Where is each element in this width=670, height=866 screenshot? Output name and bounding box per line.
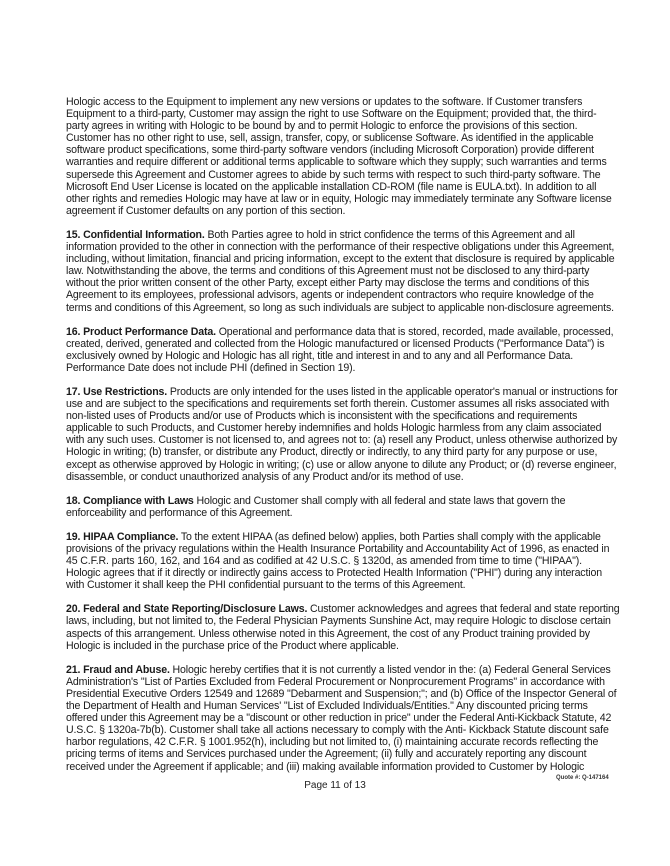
text-line: Agreement to its employees, professional… xyxy=(66,289,670,301)
text-line: warranties and require different or addi… xyxy=(66,156,670,168)
page-number: Page 11 of 13 xyxy=(0,780,670,791)
section-heading: 15. Confidential Information. xyxy=(66,229,205,241)
text-line: party agrees in writing with Hologic to … xyxy=(66,120,670,132)
text-line: law. Notwithstanding the above, the term… xyxy=(66,265,670,277)
text-line: disassemble, or conduct unauthorized ana… xyxy=(66,471,670,483)
section-heading: 20. Federal and State Reporting/Disclosu… xyxy=(66,603,307,615)
text-line: 20. Federal and State Reporting/Disclosu… xyxy=(66,603,670,615)
text-line: U.S.C. § 1320a-7b(b). Customer shall tak… xyxy=(66,724,670,736)
text-line: including, without limitation, financial… xyxy=(66,253,670,265)
text-line: 19. HIPAA Compliance. To the extent HIPA… xyxy=(66,531,670,543)
text-line: Hologic is included in the purchase pric… xyxy=(66,640,670,652)
text-line: created, derived, generated and collecte… xyxy=(66,338,670,350)
text-line: the Department of Health and Human Servi… xyxy=(66,700,670,712)
section-19-hipaa-compliance: 19. HIPAA Compliance. To the extent HIPA… xyxy=(66,531,670,591)
text-line: pricing terms of items and Services purc… xyxy=(66,748,670,760)
section-17-use-restrictions: 17. Use Restrictions. Products are only … xyxy=(66,386,670,483)
text-line: provisions of the privacy regulations wi… xyxy=(66,543,670,555)
text-line: laws, including, but not limited to, the… xyxy=(66,615,670,627)
text-line: applicable to such Products, and Custome… xyxy=(66,422,670,434)
text-line: information provided to the other in con… xyxy=(66,241,670,253)
text-line: 21. Fraud and Abuse. Hologic hereby cert… xyxy=(66,664,670,676)
text-line: Hologic access to the Equipment to imple… xyxy=(66,96,670,108)
text-line: Performance Date does not include PHI (d… xyxy=(66,362,670,374)
document-page: Hologic access to the Equipment to imple… xyxy=(0,0,670,866)
text-line: without the prior written consent of the… xyxy=(66,277,670,289)
text-line: offered under this Agreement may be a "d… xyxy=(66,712,670,724)
section-15-confidential-information: 15. Confidential Information. Both Parti… xyxy=(66,229,670,314)
text-line: use and are subject to the specification… xyxy=(66,398,670,410)
section-heading: 17. Use Restrictions. xyxy=(66,386,167,398)
text-run: Both Parties agree to hold in strict con… xyxy=(205,229,575,241)
text-line: Hologic agrees that if it directly or in… xyxy=(66,567,670,579)
text-line: exclusively owned by Hologic and Hologic… xyxy=(66,350,670,362)
text-run: Customer acknowledges and agrees that fe… xyxy=(307,603,619,615)
text-line: software product specifications, some th… xyxy=(66,144,670,156)
text-line: 15. Confidential Information. Both Parti… xyxy=(66,229,670,241)
text-line: 18. Compliance with Laws Hologic and Cus… xyxy=(66,495,670,507)
section-20-reporting-disclosure-laws: 20. Federal and State Reporting/Disclosu… xyxy=(66,603,670,651)
text-line: Microsoft End User License is located on… xyxy=(66,181,670,193)
text-line: 16. Product Performance Data. Operationa… xyxy=(66,326,670,338)
text-line: Administration's "List of Parties Exclud… xyxy=(66,676,670,688)
section-21-fraud-and-abuse: 21. Fraud and Abuse. Hologic hereby cert… xyxy=(66,664,670,773)
text-line: with any such uses. Customer is not lice… xyxy=(66,434,670,446)
text-line: supersede this Agreement and Customer ag… xyxy=(66,169,670,181)
section-heading: 21. Fraud and Abuse. xyxy=(66,664,170,676)
text-run: To the extent HIPAA (as defined below) a… xyxy=(178,531,600,543)
document-body: Hologic access to the Equipment to imple… xyxy=(66,96,670,785)
text-line: except as otherwise approved by Hologic … xyxy=(66,459,670,471)
text-line: 17. Use Restrictions. Products are only … xyxy=(66,386,670,398)
text-line: Equipment to a third-party, Customer may… xyxy=(66,108,670,120)
text-run: Operational and performance data that is… xyxy=(216,326,614,338)
text-line: aspects of this arrangement. Unless othe… xyxy=(66,628,670,640)
section-heading: 19. HIPAA Compliance. xyxy=(66,531,178,543)
section-18-compliance-with-laws: 18. Compliance with Laws Hologic and Cus… xyxy=(66,495,670,519)
text-line: non-listed uses of Products and/or use o… xyxy=(66,410,670,422)
text-line: Customer has no other right to use, sell… xyxy=(66,132,670,144)
text-line: harbor regulations, 42 C.F.R. § 1001.952… xyxy=(66,736,670,748)
text-line: 45 C.F.R. parts 160, 162, and 164 and as… xyxy=(66,555,670,567)
text-line: other rights and remedies Hologic may ha… xyxy=(66,193,670,205)
section-heading: 18. Compliance with Laws xyxy=(66,495,194,507)
text-line: Hologic in writing; (b) transfer, or dis… xyxy=(66,446,670,458)
paragraph-continuation: Hologic access to the Equipment to imple… xyxy=(66,96,670,217)
text-run: Hologic hereby certifies that it is not … xyxy=(170,664,611,676)
text-run: Products are only intended for the uses … xyxy=(167,386,618,398)
text-line: with Customer it shall keep the PHI conf… xyxy=(66,579,670,591)
text-line: Presidential Executive Orders 12549 and … xyxy=(66,688,670,700)
text-line: received under the Agreement if applicab… xyxy=(66,761,670,773)
text-line: agreement if Customer defaults on any po… xyxy=(66,205,670,217)
section-16-product-performance-data: 16. Product Performance Data. Operationa… xyxy=(66,326,670,374)
section-heading: 16. Product Performance Data. xyxy=(66,326,216,338)
text-line: enforceability and performance of this A… xyxy=(66,507,670,519)
text-run: Hologic and Customer shall comply with a… xyxy=(194,495,566,507)
text-line: terms and conditions of this Agreement, … xyxy=(66,302,670,314)
